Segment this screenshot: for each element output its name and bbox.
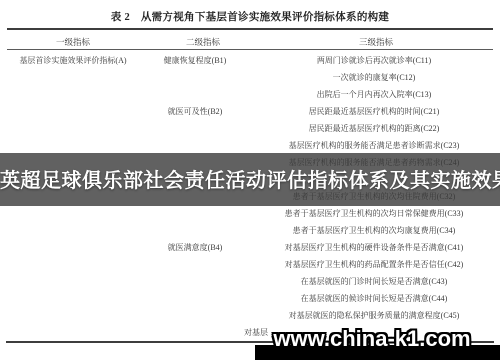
- table-cell: 健康恢复程度(B1): [143, 55, 247, 67]
- table-row: 就医可及性(B2)居民距最近基层医疗机构的时间(C21): [0, 106, 500, 118]
- table-cell: 对基层就医的隐私保护服务质量的满意程度(C45): [252, 310, 496, 322]
- table-row: 出院后一个月内再次入院率(C13): [0, 89, 500, 101]
- table-cell: 出院后一个月内再次入院率(C13): [252, 89, 496, 101]
- table-cell: 基层首诊实施效果评价指标(A): [3, 55, 143, 67]
- table-row: 对基层医疗卫生机构的药品配置条件是否信任(C42): [0, 259, 500, 271]
- table-cell: 就医可及性(B2): [143, 106, 247, 118]
- table-row: 患者于基层医疗卫生机构的次均康复费用(C34): [0, 225, 500, 237]
- scanned-table-page: 表 2 从需方视角下基层首诊实施效果评价指标体系的构建 一级指标 二级指标 三级…: [0, 0, 500, 362]
- table-row: 基层首诊实施效果评价指标(A)健康恢复程度(B1)两周门诊就诊后再次就诊率(C1…: [0, 55, 500, 67]
- overlay-banner: 英超足球俱乐部社会责任活动评估指标体系及其实施效果研究: [0, 153, 500, 206]
- table-cell: 患者于基层医疗卫生机构的次均康复费用(C34): [252, 225, 496, 237]
- table-row: 居民距最近基层医疗机构的距离(C22): [0, 123, 500, 135]
- table-cell: 两周门诊就诊后再次就诊率(C11): [252, 55, 496, 67]
- table-cell: 居民距最近基层医疗机构的距离(C22): [252, 123, 496, 135]
- table-cell: 患者于基层医疗卫生机构的次均日常保健费用(C33): [252, 208, 496, 220]
- table-cell: 对基层医疗卫生机构的药品配置条件是否信任(C42): [252, 259, 496, 271]
- table-row: 基层医疗机构的服务能否满足患者诊断需求(C23): [0, 140, 500, 152]
- table-cell: 就医满意度(B4): [143, 242, 247, 254]
- overlay-banner-text: 英超足球俱乐部社会责任活动评估指标体系及其实施效果研究: [0, 153, 500, 209]
- table-cell: 基层医疗机构的服务能否满足患者诊断需求(C23): [252, 140, 496, 152]
- table-cell: 一次就诊的康复率(C12): [252, 72, 496, 84]
- table-row: 就医满意度(B4)对基层医疗卫生机构的硬件设备条件是否满意(C41): [0, 242, 500, 254]
- table-row: 在基层就医的候诊时间长短是否满意(C44): [0, 293, 500, 305]
- watermark-text: www.china-k1.com: [250, 328, 494, 350]
- table-cell: 居民距最近基层医疗机构的时间(C21): [252, 106, 496, 118]
- table-row: 在基层就医的门诊时间长短是否满意(C43): [0, 276, 500, 288]
- table-cell: 对基层医疗卫生机构的硬件设备条件是否满意(C41): [252, 242, 496, 254]
- table-cell: 在基层就医的门诊时间长短是否满意(C43): [252, 276, 496, 288]
- table-row: 一次就诊的康复率(C12): [0, 72, 500, 84]
- table-row: 对基层就医的隐私保护服务质量的满意程度(C45): [0, 310, 500, 322]
- table-cell: 在基层就医的候诊时间长短是否满意(C44): [252, 293, 496, 305]
- table-row: 患者于基层医疗卫生机构的次均日常保健费用(C33): [0, 208, 500, 220]
